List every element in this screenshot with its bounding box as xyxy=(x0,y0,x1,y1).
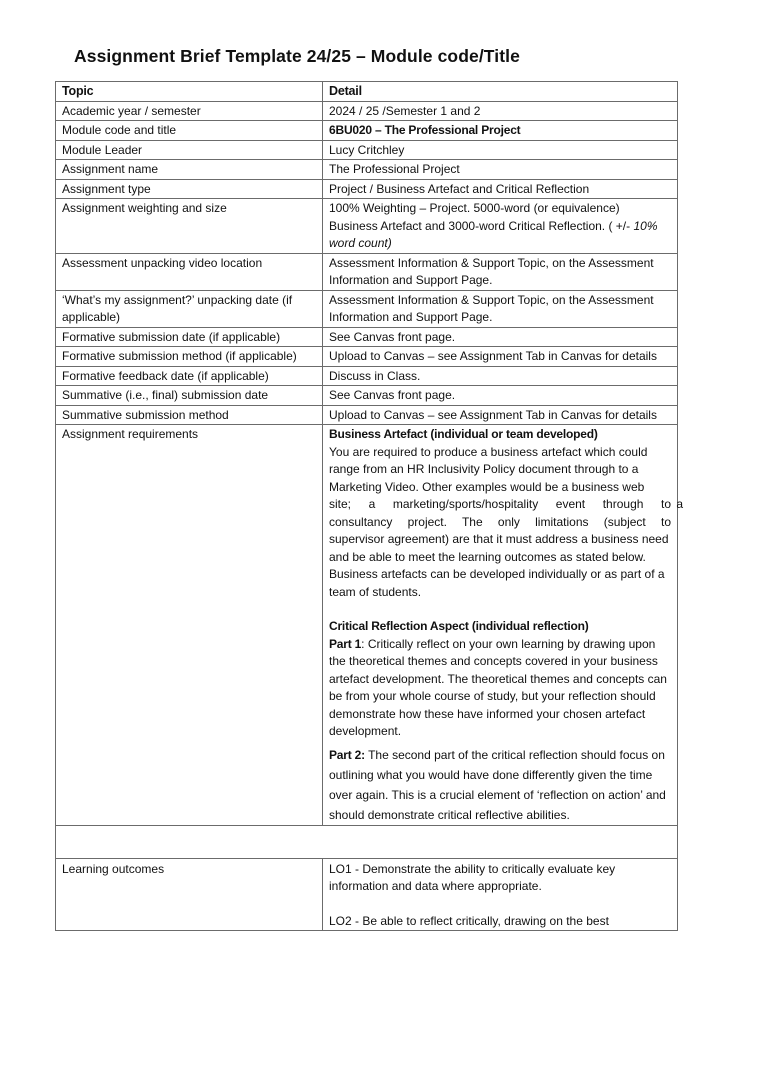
table-row: Formative feedback date (if applicable) … xyxy=(56,366,678,386)
table-row: Module Leader Lucy Critchley xyxy=(56,140,678,160)
table-row: Formative submission date (if applicable… xyxy=(56,327,678,347)
artefact-heading: Business Artefact (individual or team de… xyxy=(329,426,671,444)
row-topic: Learning outcomes xyxy=(56,858,323,931)
part1-paragraph: Part 1: Critically reflect on your own l… xyxy=(329,636,671,741)
row-detail: Project / Business Artefact and Critical… xyxy=(323,179,678,199)
empty-row xyxy=(56,825,678,858)
row-topic: ‘What’s my assignment?’ unpacking date (… xyxy=(56,290,323,327)
table-row: Assignment name The Professional Project xyxy=(56,160,678,180)
artefact-line: range from an HR Inclusivity Policy docu… xyxy=(329,461,671,479)
table-row: Formative submission method (if applicab… xyxy=(56,347,678,367)
requirements-detail: Business Artefact (individual or team de… xyxy=(323,425,678,826)
table-row: Summative submission method Upload to Ca… xyxy=(56,405,678,425)
row-detail: The Professional Project xyxy=(323,160,678,180)
module-leader: Lucy Critchley xyxy=(323,140,678,160)
learning-outcomes-row: Learning outcomes LO1 - Demonstrate the … xyxy=(56,858,678,931)
table-row: ‘What’s my assignment?’ unpacking date (… xyxy=(56,290,678,327)
row-detail: See Canvas front page. xyxy=(323,327,678,347)
artefact-line-justified: consultancy project. The only limitation… xyxy=(329,514,671,532)
part2-paragraph: Part 2: The second part of the critical … xyxy=(329,745,671,825)
part1-text: : Critically reflect on your own learnin… xyxy=(329,637,667,739)
artefact-rest: supervisor agreement) are that it must a… xyxy=(329,531,671,601)
assignment-brief-table: Topic Detail Academic year / semester 20… xyxy=(55,81,678,931)
row-topic: Assignment name xyxy=(56,160,323,180)
row-topic: Formative submission date (if applicable… xyxy=(56,327,323,347)
lo1: LO1 - Demonstrate the ability to critica… xyxy=(329,861,671,896)
row-topic: Formative feedback date (if applicable) xyxy=(56,366,323,386)
artefact-line: Marketing Video. Other examples would be… xyxy=(329,479,671,497)
artefact-line: You are required to produce a business a… xyxy=(329,444,671,462)
document-title: Assignment Brief Template 24/25 – Module… xyxy=(74,46,520,67)
row-detail: Assessment Information & Support Topic, … xyxy=(323,253,678,290)
row-topic: Assignment type xyxy=(56,179,323,199)
table-row: Summative (i.e., final) submission date … xyxy=(56,386,678,406)
lo2: LO2 - Be able to reflect critically, dra… xyxy=(329,913,671,931)
table-row: Assignment type Project / Business Artef… xyxy=(56,179,678,199)
row-topic: Assignment requirements xyxy=(56,425,323,826)
row-topic: Summative submission method xyxy=(56,405,323,425)
reflection-heading: Critical Reflection Aspect (individual r… xyxy=(329,618,671,636)
row-topic: Academic year / semester xyxy=(56,101,323,121)
part2-label: Part 2: xyxy=(329,748,365,762)
row-topic: Assignment weighting and size xyxy=(56,199,323,254)
row-topic: Summative (i.e., final) submission date xyxy=(56,386,323,406)
weighting-detail: 100% Weighting – Project. 5000-word (or … xyxy=(323,199,678,254)
table-header-row: Topic Detail xyxy=(56,82,678,102)
table-row: Academic year / semester 2024 / 25 /Seme… xyxy=(56,101,678,121)
artefact-line-justified: site; a marketing/sports/hospitality eve… xyxy=(329,496,671,514)
module-code-title: 6BU020 – The Professional Project xyxy=(323,121,678,141)
row-detail: 2024 / 25 /Semester 1 and 2 xyxy=(323,101,678,121)
part2-text: The second part of the critical reflecti… xyxy=(329,748,666,822)
row-topic: Module Leader xyxy=(56,140,323,160)
row-detail: See Canvas front page. xyxy=(323,386,678,406)
part1-label: Part 1 xyxy=(329,637,361,651)
empty-cell xyxy=(56,825,678,858)
header-topic: Topic xyxy=(56,82,323,102)
learning-outcomes-detail: LO1 - Demonstrate the ability to critica… xyxy=(323,858,678,931)
row-topic: Module code and title xyxy=(56,121,323,141)
requirements-row: Assignment requirements Business Artefac… xyxy=(56,425,678,826)
row-topic: Assessment unpacking video location xyxy=(56,253,323,290)
row-detail: Upload to Canvas – see Assignment Tab in… xyxy=(323,347,678,367)
row-detail: Upload to Canvas – see Assignment Tab in… xyxy=(323,405,678,425)
header-detail: Detail xyxy=(323,82,678,102)
row-topic: Formative submission method (if applicab… xyxy=(56,347,323,367)
row-detail: Assessment Information & Support Topic, … xyxy=(323,290,678,327)
weighting-text: 100% Weighting – Project. 5000-word (or … xyxy=(329,201,630,233)
table-row: Assessment unpacking video location Asse… xyxy=(56,253,678,290)
artefact-overflow-char: a xyxy=(676,496,683,514)
table-row: Module code and title 6BU020 – The Profe… xyxy=(56,121,678,141)
row-detail: Discuss in Class. xyxy=(323,366,678,386)
table-row: Assignment weighting and size 100% Weigh… xyxy=(56,199,678,254)
